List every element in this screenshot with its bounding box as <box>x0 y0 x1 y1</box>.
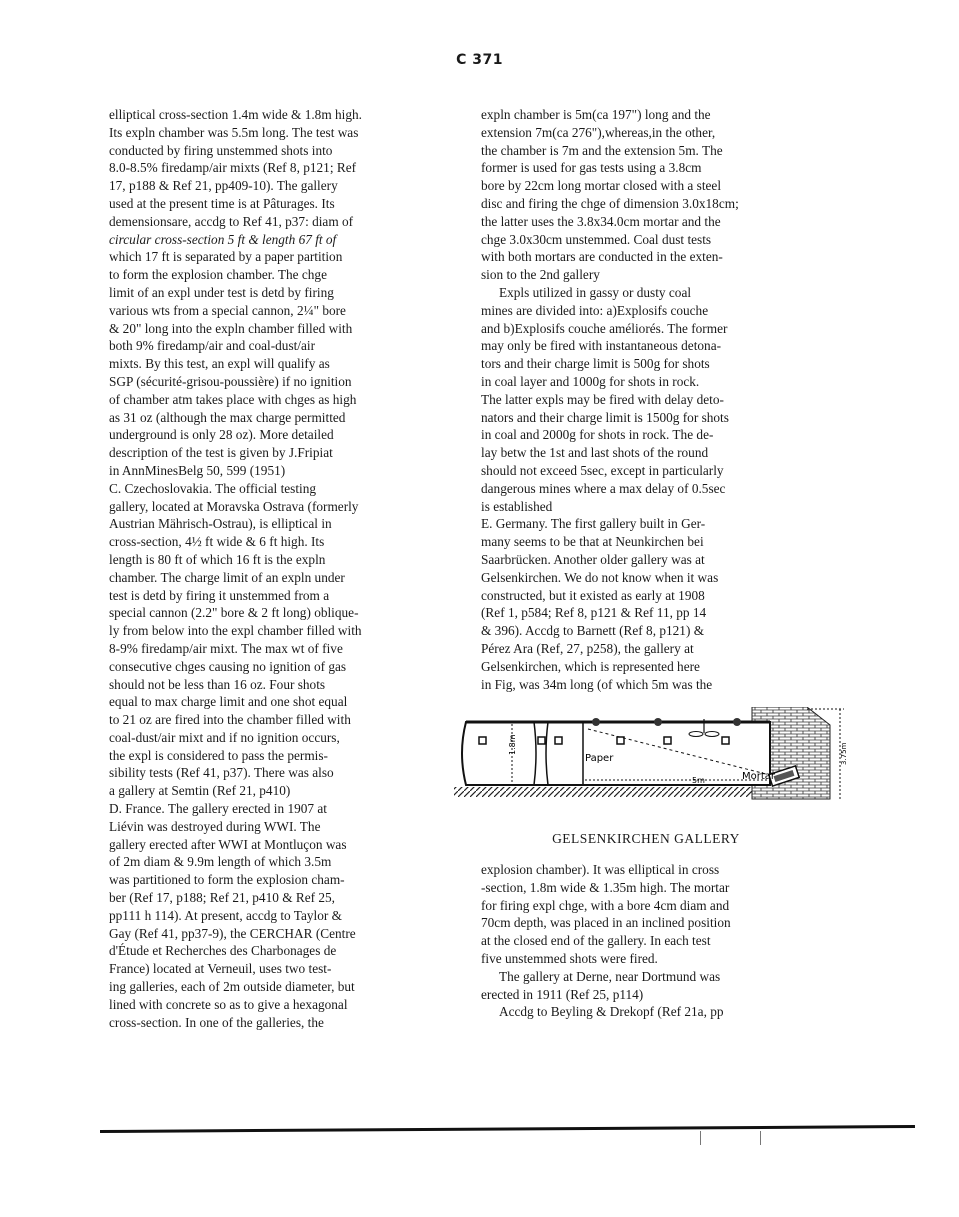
text-line: demensionsare, accdg to Ref 41, p37: dia… <box>109 213 439 231</box>
text-line: France) located at Verneuil, uses two te… <box>109 960 439 978</box>
text-line: sion to the 2nd gallery <box>481 266 811 284</box>
text-line: & 396). Accdg to Barnett (Ref 8, p121) & <box>481 622 811 640</box>
text-line: bore by 22cm long mortar closed with a s… <box>481 177 811 195</box>
text-line: to form the explosion chamber. The chge <box>109 266 439 284</box>
text-line: of chamber atm takes place with chges as… <box>109 391 439 409</box>
text-line: conducted by firing unstemmed shots into <box>109 142 439 160</box>
text-line: equal to max charge limit and one shot e… <box>109 693 439 711</box>
right-column-top: expln chamber is 5m(ca 197") long and th… <box>481 106 811 693</box>
text-line: to 21 oz are fired into the chamber fill… <box>109 711 439 729</box>
text-line: former is used for gas tests using a 3.8… <box>481 159 811 177</box>
text-line: length is 80 ft of which 16 ft is the ex… <box>109 551 439 569</box>
text-line: (Ref 1, p584; Ref 8, p121 & Ref 11, pp 1… <box>481 604 811 622</box>
text-line: pp111 h 114). At present, accdg to Taylo… <box>109 907 439 925</box>
text-line: tors and their charge limit is 500g for … <box>481 355 811 373</box>
text-line: erected in 1911 (Ref 25, p114) <box>481 986 811 1004</box>
text-line: Accdg to Beyling & Drekopf (Ref 21a, pp <box>481 1003 811 1021</box>
text-line: The latter expls may be fired with delay… <box>481 391 811 409</box>
text-line: limit of an expl under test is detd by f… <box>109 284 439 302</box>
text-line: The gallery at Derne, near Dortmund was <box>481 968 811 986</box>
figure-caption: GELSENKIRCHEN GALLERY <box>481 831 811 847</box>
text-line: in coal layer and 1000g for shots in roc… <box>481 373 811 391</box>
text-line: test is detd by firing it unstemmed from… <box>109 587 439 605</box>
text-line: 17, p188 & Ref 21, pp409-10). The galler… <box>109 177 439 195</box>
text-line: ly from below into the expl chamber fill… <box>109 622 439 640</box>
text-line: cross-section. In one of the galleries, … <box>109 1014 439 1032</box>
text-line: Gelsenkirchen, which is represented here <box>481 658 811 676</box>
text-line: Gay (Ref 41, pp37-9), the CERCHAR (Centr… <box>109 925 439 943</box>
text-line: may only be fired with instantaneous det… <box>481 337 811 355</box>
text-line: gallery, located at Moravska Ostrava (fo… <box>109 498 439 516</box>
text-line: underground is only 28 oz). More detaile… <box>109 426 439 444</box>
svg-text:5m: 5m <box>692 776 705 785</box>
text-line: chamber. The charge limit of an expln un… <box>109 569 439 587</box>
text-line: Expls utilized in gassy or dusty coal <box>481 284 811 302</box>
text-line: of 2m diam & 9.9m length of which 3.5m <box>109 853 439 871</box>
text-line: nators and their charge limit is 1500g f… <box>481 409 811 427</box>
section-heading-germany: E. Germany. The first gallery built in G… <box>481 515 811 533</box>
text-line: as 31 oz (although the max charge permit… <box>109 409 439 427</box>
text-line: both 9% firedamp/air and coal-dust/air <box>109 337 439 355</box>
text-line: should not be less than 16 oz. Four shot… <box>109 676 439 694</box>
text-line: -section, 1.8m wide & 1.35m high. The mo… <box>481 879 811 897</box>
text-line: which 17 ft is separated by a paper part… <box>109 248 439 266</box>
tick-mark <box>760 1131 761 1145</box>
text-line: Pérez Ara (Ref, 27, p258), the gallery a… <box>481 640 811 658</box>
text-line: d'Étude et Recherches des Charbonages de <box>109 942 439 960</box>
text-line: mixts. By this test, an expl will qualif… <box>109 355 439 373</box>
text-line: circular cross-section 5 ft & length 67 … <box>109 231 439 249</box>
gelsenkirchen-gallery-figure: 1.8m Paper 5m Mortar 3.75m <box>452 707 848 807</box>
text-line: should not exceed 5sec, except in partic… <box>481 462 811 480</box>
text-line: Gelsenkirchen. We do not know when it wa… <box>481 569 811 587</box>
text-line: 70cm depth, was placed in an inclined po… <box>481 914 811 932</box>
text-line: & 20" long into the expln chamber filled… <box>109 320 439 338</box>
text-line: five unstemmed shots were fired. <box>481 950 811 968</box>
text-line: Austrian Mährisch-Ostrau), is elliptical… <box>109 515 439 533</box>
text-line: consecutive chges causing no ignition of… <box>109 658 439 676</box>
text-line: extension 7m(ca 276"),whereas,in the oth… <box>481 124 811 142</box>
section-heading-czechoslovakia: C. Czechoslovakia. The official testing <box>109 480 439 498</box>
svg-text:Paper: Paper <box>585 753 614 764</box>
text-line: mines are divided into: a)Explosifs couc… <box>481 302 811 320</box>
text-line: and b)Explosifs couche améliorés. The fo… <box>481 320 811 338</box>
text-line: gallery erected after WWI at Montluçon w… <box>109 836 439 854</box>
text-line: special cannon (2.2" bore & 2 ft long) o… <box>109 604 439 622</box>
text-line: SGP (sécurité-grisou-poussière) if no ig… <box>109 373 439 391</box>
text-line: sibility tests (Ref 41, p37). There was … <box>109 764 439 782</box>
tick-mark <box>700 1131 701 1145</box>
right-column-bottom: explosion chamber). It was elliptical in… <box>481 861 811 1021</box>
label-height: 1.8m <box>508 734 517 755</box>
text-line: description of the test is given by J.Fr… <box>109 444 439 462</box>
text-line: ber (Ref 17, p188; Ref 21, p410 & Ref 25… <box>109 889 439 907</box>
svg-text:3.75m: 3.75m <box>840 742 848 765</box>
text-line: for firing expl chge, with a bore 4cm di… <box>481 897 811 915</box>
text-line: the latter uses the 3.8x34.0cm mortar an… <box>481 213 811 231</box>
text-line: chge 3.0x30cm unstemmed. Coal dust tests <box>481 231 811 249</box>
section-heading-france: D. France. The gallery erected in 1907 a… <box>109 800 439 818</box>
text-line: the expl is considered to pass the permi… <box>109 747 439 765</box>
text-line: explosion chamber). It was elliptical in… <box>481 861 811 879</box>
text-line: Liévin was destroyed during WWI. The <box>109 818 439 836</box>
text-line: used at the present time is at Pâturages… <box>109 195 439 213</box>
text-line: 8-9% firedamp/air mixt. The max wt of fi… <box>109 640 439 658</box>
text-line: is established <box>481 498 811 516</box>
text-line: in coal and 2000g for shots in rock. The… <box>481 426 811 444</box>
text-line: cross-section, 4½ ft wide & 6 ft high. I… <box>109 533 439 551</box>
text-line: ing galleries, each of 2m outside diamet… <box>109 978 439 996</box>
text-line: 8.0-8.5% firedamp/air mixts (Ref 8, p121… <box>109 159 439 177</box>
gallery-diagram-icon: 1.8m Paper 5m Mortar 3.75m <box>452 707 848 807</box>
svg-text:Mortar: Mortar <box>742 771 776 782</box>
text-line: a gallery at Semtin (Ref 21, p410) <box>109 782 439 800</box>
text-line: with both mortars are conducted in the e… <box>481 248 811 266</box>
bottom-rule-divider <box>100 1125 915 1133</box>
left-column: elliptical cross-section 1.4m wide & 1.8… <box>109 106 439 1031</box>
text-line: Saarbrücken. Another older gallery was a… <box>481 551 811 569</box>
page-number: C 371 <box>0 52 959 68</box>
text-line: various wts from a special cannon, 2¼" b… <box>109 302 439 320</box>
text-line: lined with concrete so as to give a hexa… <box>109 996 439 1014</box>
text-line: was partitioned to form the explosion ch… <box>109 871 439 889</box>
text-line: many seems to be that at Neunkirchen bei <box>481 533 811 551</box>
text-line: in Fig, was 34m long (of which 5m was th… <box>481 676 811 694</box>
text-line: at the closed end of the gallery. In eac… <box>481 932 811 950</box>
text-line: expln chamber is 5m(ca 197") long and th… <box>481 106 811 124</box>
text-line: dangerous mines where a max delay of 0.5… <box>481 480 811 498</box>
text-line: the chamber is 7m and the extension 5m. … <box>481 142 811 160</box>
text-line: in AnnMinesBelg 50, 599 (1951) <box>109 462 439 480</box>
text-line: constructed, but it existed as early at … <box>481 587 811 605</box>
text-line: Its expln chamber was 5.5m long. The tes… <box>109 124 439 142</box>
text-line: disc and firing the chge of dimension 3.… <box>481 195 811 213</box>
text-line: coal-dust/air mixt and if no ignition oc… <box>109 729 439 747</box>
text-line: elliptical cross-section 1.4m wide & 1.8… <box>109 106 439 124</box>
text-line: lay betw the 1st and last shots of the r… <box>481 444 811 462</box>
